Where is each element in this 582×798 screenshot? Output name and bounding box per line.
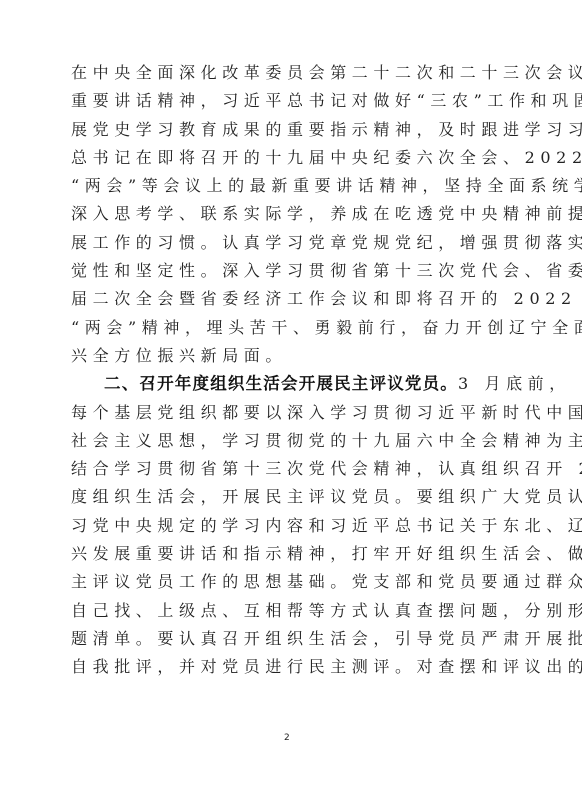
text-line: 总书记在即将召开的十九届中央纪委六次全会、2022 年全国 — [71, 144, 516, 172]
text-line: 在中央全面深化改革委员会第二十二次和二十三次会议上的 — [71, 59, 516, 87]
text-line: 展党史学习教育成果的重要指示精神，及时跟进学习习近平 — [71, 116, 516, 144]
text-line: 每个基层党组织都要以深入学习贯彻习近平新时代中国特色 — [71, 399, 516, 427]
text-line: “两会”精神，埋头苦干、勇毅前行，奋力开创辽宁全面振 — [71, 314, 516, 342]
text-line: 度组织生活会，开展民主评议党员。要组织广大党员认真学 — [71, 483, 516, 511]
text-line: 兴全方位振兴新局面。 — [71, 342, 516, 370]
text-line: 主评议党员工作的思想基础。党支部和党员要通过群众提、 — [71, 568, 516, 596]
text-line: 自我批评，并对党员进行民主测评。对查摆和评议出的问题， — [71, 653, 516, 681]
section-heading-continuation: 3 月底前， — [458, 374, 571, 393]
document-page: 在中央全面深化改革委员会第二十二次和二十三次会议上的 重要讲话精神，习近平总书记… — [0, 0, 582, 798]
text-line: 兴发展重要讲话和指示精神，打牢开好组织生活会、做好民 — [71, 540, 516, 568]
text-line: 结合学习贯彻省第十三次党代会精神，认真组织召开 2021 年 — [71, 455, 516, 483]
page-number: 2 — [284, 733, 290, 743]
text-line: 展工作的习惯。认真学习党章党规党纪，增强贯彻落实的自 — [71, 229, 516, 257]
paragraph-1: 在中央全面深化改革委员会第二十二次和二十三次会议上的 重要讲话精神，习近平总书记… — [71, 59, 516, 370]
document-body: 在中央全面深化改革委员会第二十二次和二十三次会议上的 重要讲话精神，习近平总书记… — [71, 59, 516, 682]
text-line: “两会”等会议上的最新重要讲话精神，坚持全面系统学、 — [71, 172, 516, 200]
text-line: 深入思考学、联系实际学，养成在吃透党中央精神前提下开 — [71, 200, 516, 228]
text-line: 社会主义思想，学习贯彻党的十九届六中全会精神为主题， — [71, 427, 516, 455]
text-line: 重要讲话精神，习近平总书记对做好“三农”工作和巩固拓 — [71, 87, 516, 115]
text-line: 题清单。要认真召开组织生活会，引导党员严肃开展批评和 — [71, 625, 516, 653]
text-line: 自己找、上级点、互相帮等方式认真查摆问题，分别形成问 — [71, 597, 516, 625]
section-2-heading-line: 二、召开年度组织生活会开展民主评议党员。3 月底前， — [71, 370, 516, 398]
section-heading: 二、召开年度组织生活会开展民主评议党员。 — [104, 374, 458, 393]
text-line: 习党中央规定的学习内容和习近平总书记关于东北、辽宁振 — [71, 512, 516, 540]
text-line: 届二次全会暨省委经济工作会议和即将召开的 2022 年全省 — [71, 285, 516, 313]
text-line: 觉性和坚定性。深入学习贯彻省第十三次党代会、省委十三 — [71, 257, 516, 285]
section-2: 二、召开年度组织生活会开展民主评议党员。3 月底前， 每个基层党组织都要以深入学… — [71, 370, 516, 681]
